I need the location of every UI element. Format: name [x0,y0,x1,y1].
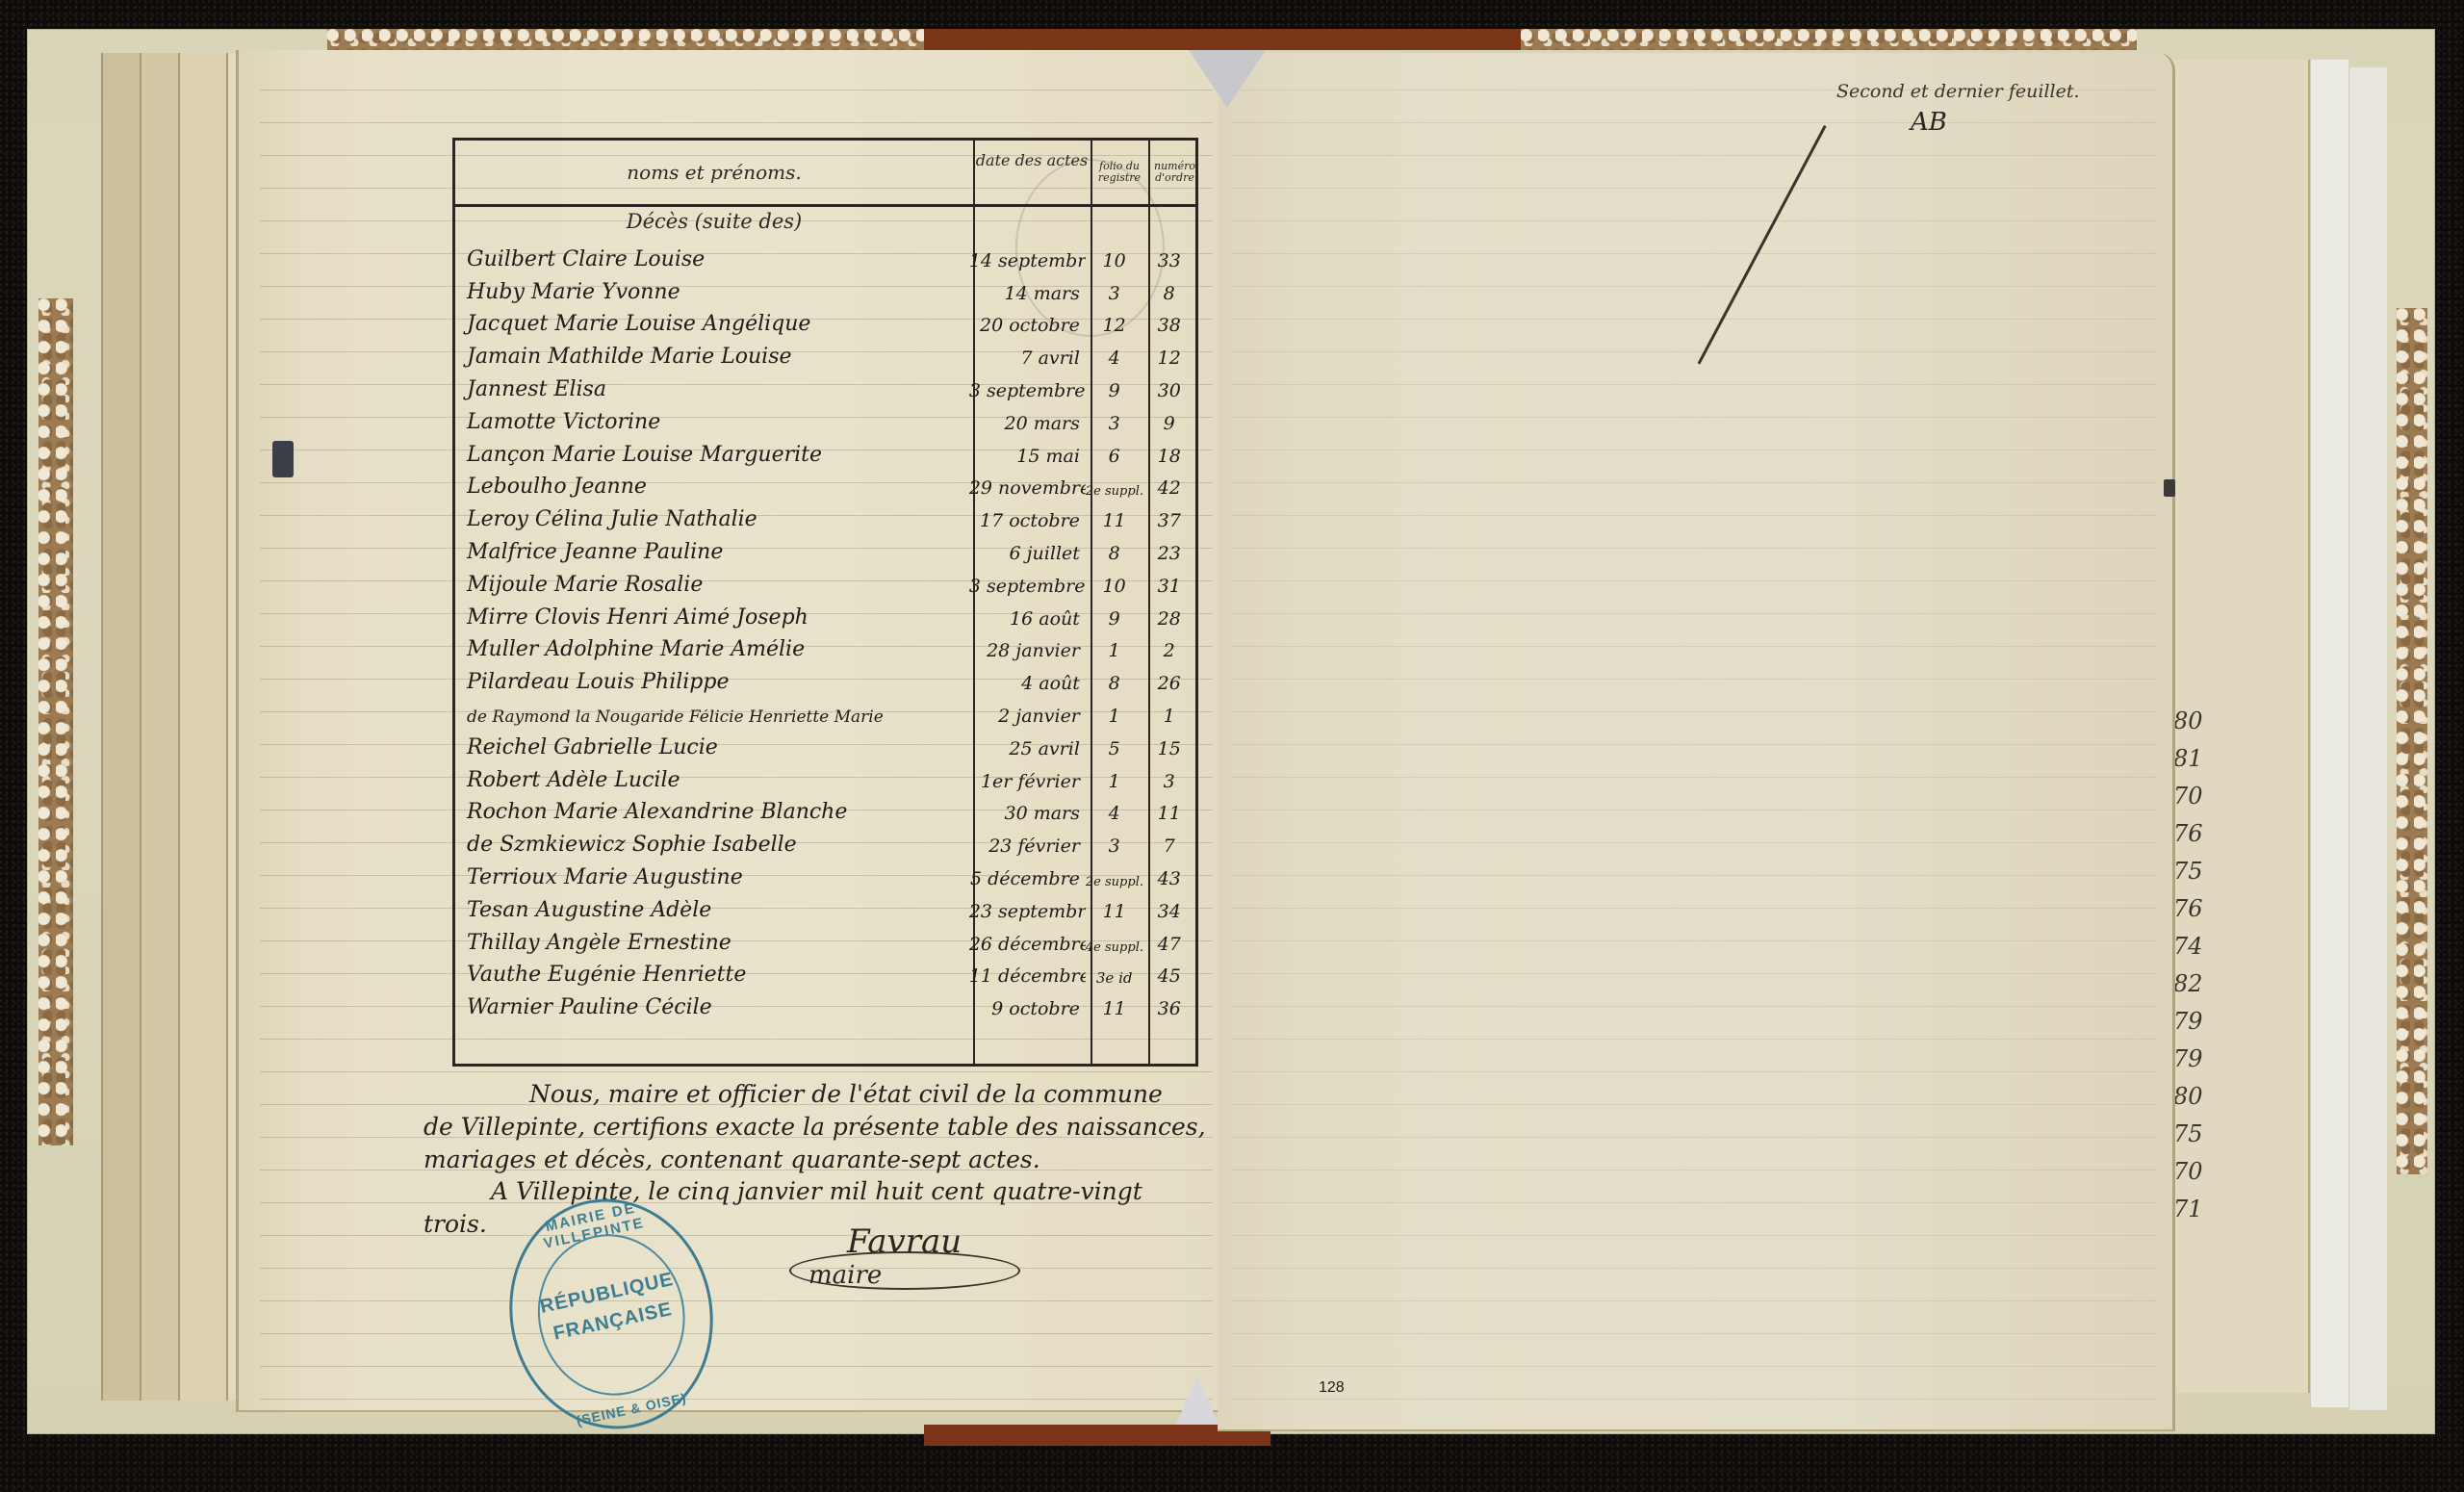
table-row: Rochon Marie Alexandrine Blanche30 mars4… [455,795,1195,828]
leather-spine-top [924,29,1521,50]
table-row: Huby Marie Yvonne14 mars38 [455,274,1195,307]
cell-folio: 5 [1086,740,1143,762]
cell-number: 31 [1142,578,1195,600]
cell-date: 3 septembre [969,382,1086,404]
cell-folio: 3 [1086,415,1143,437]
cert-line: de Villepinte, certifions exacte la prés… [423,1111,1222,1144]
cell-name: Pilardeau Louis Philippe [455,672,969,697]
edge-number: 80 [2173,1078,2221,1116]
marbled-cover-top-left [327,29,924,50]
cell-name: de Szmkiewicz Sophie Isabelle [455,835,969,860]
page-stack-edge [140,53,178,1401]
edge-number: 75 [2173,1116,2221,1153]
paraph-initials: AB [1911,108,1947,137]
cell-number: 28 [1142,610,1195,632]
cell-name: Leroy Célina Julie Nathalie [455,509,969,534]
cell-name: Malfrice Jeanne Pauline [455,542,969,567]
cell-name: Muller Adolphine Marie Amélie [455,639,969,664]
cell-name: Mijoule Marie Rosalie [455,575,969,600]
cell-number: 11 [1142,805,1195,827]
cell-date: 14 mars [969,285,1086,307]
cell-folio: 8 [1086,675,1143,697]
marbled-cover-top-right [1521,29,2137,50]
cell-date: 25 avril [969,740,1086,762]
cell-number: 9 [1142,415,1195,437]
cell-number: 7 [1142,837,1195,860]
header-order-number: numéro d'ordre [1148,141,1201,204]
cell-number: 2 [1142,642,1195,664]
cell-date: 11 décembre [969,967,1086,990]
cell-folio: 2e suppl. [1086,485,1143,502]
cell-number: 45 [1142,967,1195,990]
header-date: date des actes [973,141,1091,204]
table-row: Tesan Augustine Adèle23 septembre1134 [455,892,1195,925]
page-stack-edge [178,53,226,1401]
cell-date: 4 août [969,675,1086,697]
signature-name: Favrau [847,1222,962,1261]
cell-number: 3 [1142,773,1195,795]
cell-name: Robert Adèle Lucile [455,770,969,795]
cell-number: 1 [1142,707,1195,730]
cell-folio: 3 [1086,837,1143,860]
right-endpaper [2348,67,2387,1410]
table-row: Lamotte Victorine20 mars39 [455,404,1195,437]
edge-number: 71 [2173,1191,2221,1228]
cell-folio: 4 [1086,805,1143,827]
cell-folio: 1 [1086,707,1143,730]
cell-folio: 1 [1086,642,1143,664]
edge-number: 76 [2173,890,2221,928]
cell-date: 5 décembre [969,870,1086,892]
cell-date: 14 septembre [969,252,1086,274]
table-row: Guilbert Claire Louise14 septembre1033 [455,242,1195,274]
cell-name: Leboulho Jeanne [455,476,969,502]
cell-number: 47 [1142,936,1195,958]
edge-number: 81 [2173,740,2221,778]
cell-number: 37 [1142,512,1195,534]
gutter-fold-top [1189,50,1266,108]
cell-date: 30 mars [969,805,1086,827]
cell-number: 15 [1142,740,1195,762]
edge-number: 70 [2173,778,2221,815]
cell-date: 15 mai [969,448,1086,470]
page-stack-edge [101,53,140,1401]
gutter-fold-bottom [1176,1375,1219,1425]
cert-line: mariages et décès, contenant quarante-se… [423,1144,1222,1176]
cell-number: 18 [1142,448,1195,470]
cell-number: 43 [1142,870,1195,892]
cell-name: Lamotte Victorine [455,412,969,437]
register-table: noms et prénoms. date des actes folio du… [452,138,1198,1067]
cell-name: de Raymond la Nougaride Félicie Henriett… [455,709,969,730]
certification-text: Nous, maire et officier de l'état civil … [423,1078,1222,1241]
cell-date: 26 décembre [969,936,1086,958]
cell-name: Terrioux Marie Augustine [455,867,969,892]
cell-folio: 11 [1086,512,1143,534]
cell-number: 23 [1142,545,1195,567]
edge-number: 80 [2173,703,2221,740]
table-row: Mirre Clovis Henri Aimé Joseph16 août928 [455,600,1195,632]
edge-numbers-column: 80 81 70 76 75 76 74 82 79 79 80 75 70 7… [2173,703,2221,1228]
cell-date: 23 février [969,837,1086,860]
edge-number: 70 [2173,1153,2221,1191]
table-row: Lançon Marie Louise Marguerite15 mai618 [455,437,1195,470]
cell-name: Lançon Marie Louise Marguerite [455,445,969,470]
cell-date: 23 septembre [969,903,1086,925]
cell-folio: 9 [1086,610,1143,632]
cell-date: 1er février [969,773,1086,795]
cell-number: 12 [1142,349,1195,372]
cell-number: 38 [1142,317,1195,339]
cell-name: Rochon Marie Alexandrine Blanche [455,802,969,827]
cell-folio: 12 [1086,317,1143,339]
header-folio: folio du registre [1091,141,1148,204]
cell-folio: 6 [1086,448,1143,470]
cell-name: Jamain Mathilde Marie Louise [455,347,969,372]
table-row: Muller Adolphine Marie Amélie28 janvier1… [455,632,1195,665]
cell-folio: 8 [1086,545,1143,567]
cell-name: Huby Marie Yvonne [455,282,969,307]
cell-number: 34 [1142,903,1195,925]
cell-folio: 3e id [1086,971,1143,990]
cell-date: 2 janvier [969,707,1086,730]
binding-hole [272,441,294,477]
cell-name: Tesan Augustine Adèle [455,900,969,925]
cert-line: Nous, maire et officier de l'état civil … [423,1078,1222,1111]
cell-number: 26 [1142,675,1195,697]
header-divider [455,204,1195,207]
cell-date: 9 octobre [969,1000,1086,1022]
table-row: Leboulho Jeanne29 novembre2e suppl.42 [455,470,1195,502]
cell-date: 6 juillet [969,545,1086,567]
cell-date: 28 janvier [969,642,1086,664]
cell-name: Mirre Clovis Henri Aimé Joseph [455,607,969,632]
marbled-cover-left [38,298,73,1145]
cell-name: Jacquet Marie Louise Angélique [455,314,969,339]
cell-date: 7 avril [969,349,1086,372]
cell-date: 16 août [969,610,1086,632]
edge-number: 74 [2173,928,2221,965]
cell-date: 17 octobre [969,512,1086,534]
edge-number: 79 [2173,1041,2221,1078]
cell-folio: 1 [1086,773,1143,795]
table-row: Vauthe Eugénie Henriette11 décembre3e id… [455,958,1195,990]
table-row: Pilardeau Louis Philippe4 août826 [455,664,1195,697]
cell-folio: 11 [1086,903,1143,925]
table-row: Robert Adèle Lucile1er février13 [455,762,1195,795]
table-row: de Szmkiewicz Sophie Isabelle23 février3… [455,827,1195,860]
table-row: Reichel Gabrielle Lucie25 avril515 [455,730,1195,762]
table-row: Jannest Elisa3 septembre930 [455,372,1195,404]
header-names: noms et prénoms. [455,141,973,204]
table-row: Jamain Mathilde Marie Louise7 avril412 [455,339,1195,372]
cell-folio: 4e suppl. [1086,941,1143,958]
cell-number: 8 [1142,285,1195,307]
cell-name: Vauthe Eugénie Henriette [455,965,969,990]
ruled-lines-right [1232,58,2156,1405]
table-row: Mijoule Marie Rosalie3 septembre1031 [455,567,1195,600]
cell-date: 29 novembre [969,479,1086,502]
cell-number: 36 [1142,1000,1195,1022]
binding-mark [2164,479,2175,497]
cell-name: Warnier Pauline Cécile [455,997,969,1022]
cell-number: 30 [1142,382,1195,404]
table-row: Thillay Angèle Ernestine26 décembre4e su… [455,925,1195,958]
signature-title: maire [808,1261,882,1290]
right-endpaper [2310,60,2348,1407]
table-row: Jacquet Marie Louise Angélique20 octobre… [455,307,1195,340]
cell-folio: 4 [1086,349,1143,372]
edge-number: 79 [2173,1003,2221,1041]
cell-folio: 10 [1086,578,1143,600]
page-number: 128 [1319,1379,1345,1397]
cell-name: Jannest Elisa [455,379,969,404]
cell-folio: 11 [1086,1000,1143,1022]
cell-name: Guilbert Claire Louise [455,249,969,274]
cell-date: 20 mars [969,415,1086,437]
cell-folio: 2e suppl. [1086,876,1143,892]
mayor-signature: Favrau maire [789,1222,1078,1299]
table-row: Malfrice Jeanne Pauline6 juillet823 [455,534,1195,567]
edge-number: 82 [2173,965,2221,1003]
table-row: Warnier Pauline Cécile9 octobre1136 [455,990,1195,1022]
cert-line: A Villepinte, le cinq janvier mil huit c… [423,1175,1222,1208]
cell-number: 33 [1142,252,1195,274]
cell-date: 20 octobre [969,317,1086,339]
cell-number: 42 [1142,479,1195,502]
marbled-cover-right [2397,308,2427,1174]
cell-name: Thillay Angèle Ernestine [455,933,969,958]
edge-number: 75 [2173,853,2221,890]
table-row: Leroy Célina Julie Nathalie17 octobre113… [455,502,1195,534]
cell-folio: 10 [1086,252,1143,274]
cell-folio: 3 [1086,285,1143,307]
cell-date: 3 septembre [969,578,1086,600]
feuillet-note: Second et dernier feuillet. [1836,81,2080,102]
section-title: Décès (suite des) [455,210,973,239]
table-body: Guilbert Claire Louise14 septembre1033 H… [455,242,1195,1022]
cell-name: Reichel Gabrielle Lucie [455,737,969,762]
table-row: Terrioux Marie Augustine5 décembre2e sup… [455,860,1195,892]
edge-number: 76 [2173,815,2221,853]
cell-folio: 9 [1086,382,1143,404]
table-row: de Raymond la Nougaride Félicie Henriett… [455,697,1195,730]
